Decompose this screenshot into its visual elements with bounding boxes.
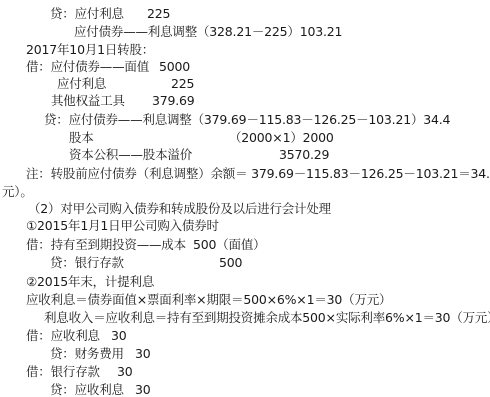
entry-amount: 500（面值） (193, 237, 265, 253)
entry-credit-interest-payable: 贷：应付利息 225 (50, 6, 480, 22)
entry-label: 股本 (69, 130, 94, 146)
entry-credit-share-capital: 股本 （2000×1）2000 (69, 130, 469, 146)
entry-debit-htm-investment-cost: 借：持有至到期投资——成本 500（面值） (26, 237, 456, 253)
entry-debit-bank-deposit: 借：银行存款 30 (26, 364, 326, 380)
entry-debit-interest-receivable: 借：应收利息 30 (26, 328, 326, 344)
formula-text: 利息收入＝应收利息＝持有至到期投资摊余成本500×实际利率6%×1＝30（万元） (44, 310, 490, 325)
heading-conversion-date: 2017年10月1日转股： (26, 42, 154, 58)
entry-label: 贷：银行存款 (50, 255, 124, 271)
entry-amount: 3570.29 (279, 147, 329, 163)
subheading-year-end-accrual: ②2015年末，计提利息 (26, 274, 154, 290)
entry-debit-bond-face-value: 借：应付债券——面值 5000 (26, 59, 456, 75)
entry-amount: 225 (147, 6, 170, 22)
entry-label: 贷：应付债券——利息调整（379.69－115.83－126.25－103.21… (44, 112, 450, 127)
entry-label: 贷：应收利息 (50, 382, 124, 397)
entry-label: 借：应收利息 (26, 328, 100, 344)
entry-credit-financial-expenses: 贷：财务费用 30 (50, 346, 350, 362)
note-text: 注：转股前应付债券（利息调整）余额＝ 379.69－115.83－126.25－… (26, 166, 490, 181)
formula-text: 应收利息＝债券面值×票面利率×期限＝500×6%×1＝30（万元） (26, 292, 391, 307)
entry-label: 贷：财务费用 (50, 346, 124, 362)
entry-label: 其他权益工具 (51, 93, 125, 109)
heading-text: （2）对甲公司购入债券和转成股份及以后进行会计处理 (28, 201, 331, 216)
note-balance-before-conversion: 注：转股前应付债券（利息调整）余额＝ 379.69－115.83－126.25－… (26, 166, 490, 182)
section-heading-part-2: （2）对甲公司购入债券和转成股份及以后进行会计处理 (28, 201, 331, 217)
entry-amount: 500 (219, 255, 242, 271)
entry-amount: 30 (135, 382, 151, 397)
formula-interest-receivable: 应收利息＝债券面值×票面利率×期限＝500×6%×1＝30（万元） (26, 292, 391, 308)
entry-amount: 5000 (159, 59, 190, 75)
entry-amount: 225 (171, 76, 194, 92)
entry-amount: 30 (111, 328, 127, 344)
entry-credit-bond-interest-adjustment: 贷：应付债券——利息调整（379.69－115.83－126.25－103.21… (44, 112, 450, 128)
entry-amount: 30 (135, 346, 151, 362)
heading-text: ①2015年1月1日甲公司购入债券时 (26, 218, 219, 233)
entry-credit-capital-reserve: 资本公积——股本溢价 3570.29 (69, 147, 469, 163)
entry-label: 资本公积——股本溢价 (69, 147, 192, 163)
entry-credit-interest-receivable: 贷：应收利息 30 (50, 382, 350, 397)
entry-label: 应付利息 (57, 76, 106, 92)
entry-amount: （2000×1）2000 (229, 130, 334, 146)
entry-debit-other-equity-instruments: 其他权益工具 379.69 (51, 93, 451, 109)
note-continuation: 元）。 (2, 184, 33, 200)
heading-text: 2017年10月1日转股： (26, 42, 154, 57)
entry-label: 应付债券——利息调整（328.21－225）103.21 (74, 24, 342, 39)
entry-amount: 379.69 (152, 93, 195, 109)
entry-label: 借：持有至到期投资——成本 (26, 237, 186, 253)
heading-text: ②2015年末，计提利息 (26, 274, 154, 289)
entry-debit-interest-payable: 应付利息 225 (57, 76, 457, 92)
entry-label: 借：应付债券——面值 (26, 59, 149, 75)
entry-amount: 30 (117, 364, 133, 380)
entry-label: 借：银行存款 (26, 364, 100, 380)
note-text: 元）。 (2, 184, 33, 199)
entry-bond-interest-adjustment: 应付债券——利息调整（328.21－225）103.21 (74, 24, 342, 40)
entry-label: 贷：应付利息 (50, 6, 124, 22)
subheading-purchase-date: ①2015年1月1日甲公司购入债券时 (26, 218, 219, 234)
entry-credit-bank-deposit: 贷：银行存款 500 (50, 255, 450, 271)
formula-interest-income: 利息收入＝应收利息＝持有至到期投资摊余成本500×实际利率6%×1＝30（万元） (44, 310, 490, 326)
